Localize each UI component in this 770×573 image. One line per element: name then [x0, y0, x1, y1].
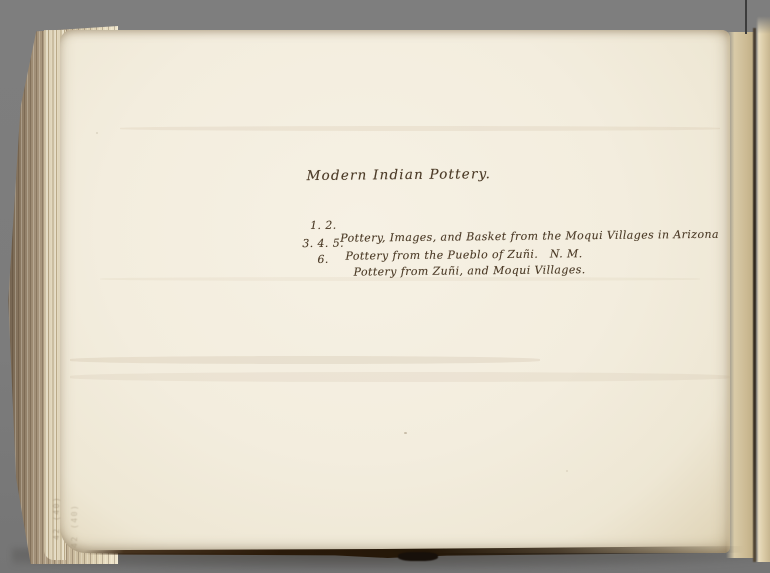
paper-streak: [120, 126, 720, 131]
handwritten-list: Modern Indian Pottery. 1. 2. Pottery, Im…: [294, 158, 715, 272]
album-page: [60, 30, 730, 553]
page-title: Modern Indian Pottery.: [306, 166, 491, 184]
paper-speck: [96, 132, 98, 134]
catalog-entry: 6. Pottery from Zuñi, and Moqui Villages…: [295, 240, 319, 292]
entry-numbers: 6.: [317, 253, 328, 266]
facing-page-edge-top: [756, 16, 770, 46]
facing-page-edge: [756, 16, 770, 562]
book-cover-dark-spot: [398, 552, 438, 561]
binding-thread: [745, 0, 747, 34]
entry-text: Pottery from the Pueblo of Zuñi. N. M.: [345, 247, 582, 262]
album-photo: Modern Indian Pottery. 1. 2. Pottery, Im…: [0, 0, 770, 573]
entry-text: Pottery, Images, and Basket from the Moq…: [340, 228, 719, 245]
paper-streak: [70, 356, 540, 364]
embossed-stamp: 42 (40): [52, 496, 61, 540]
paper-speck: [566, 470, 568, 472]
paper-speck: [404, 432, 407, 434]
embossed-stamp: 42 (40): [70, 504, 79, 548]
gutter-shading: [726, 32, 754, 558]
entry-text: Pottery from Zuñi, and Moqui Villages.: [354, 263, 586, 278]
paper-streak: [70, 372, 730, 382]
